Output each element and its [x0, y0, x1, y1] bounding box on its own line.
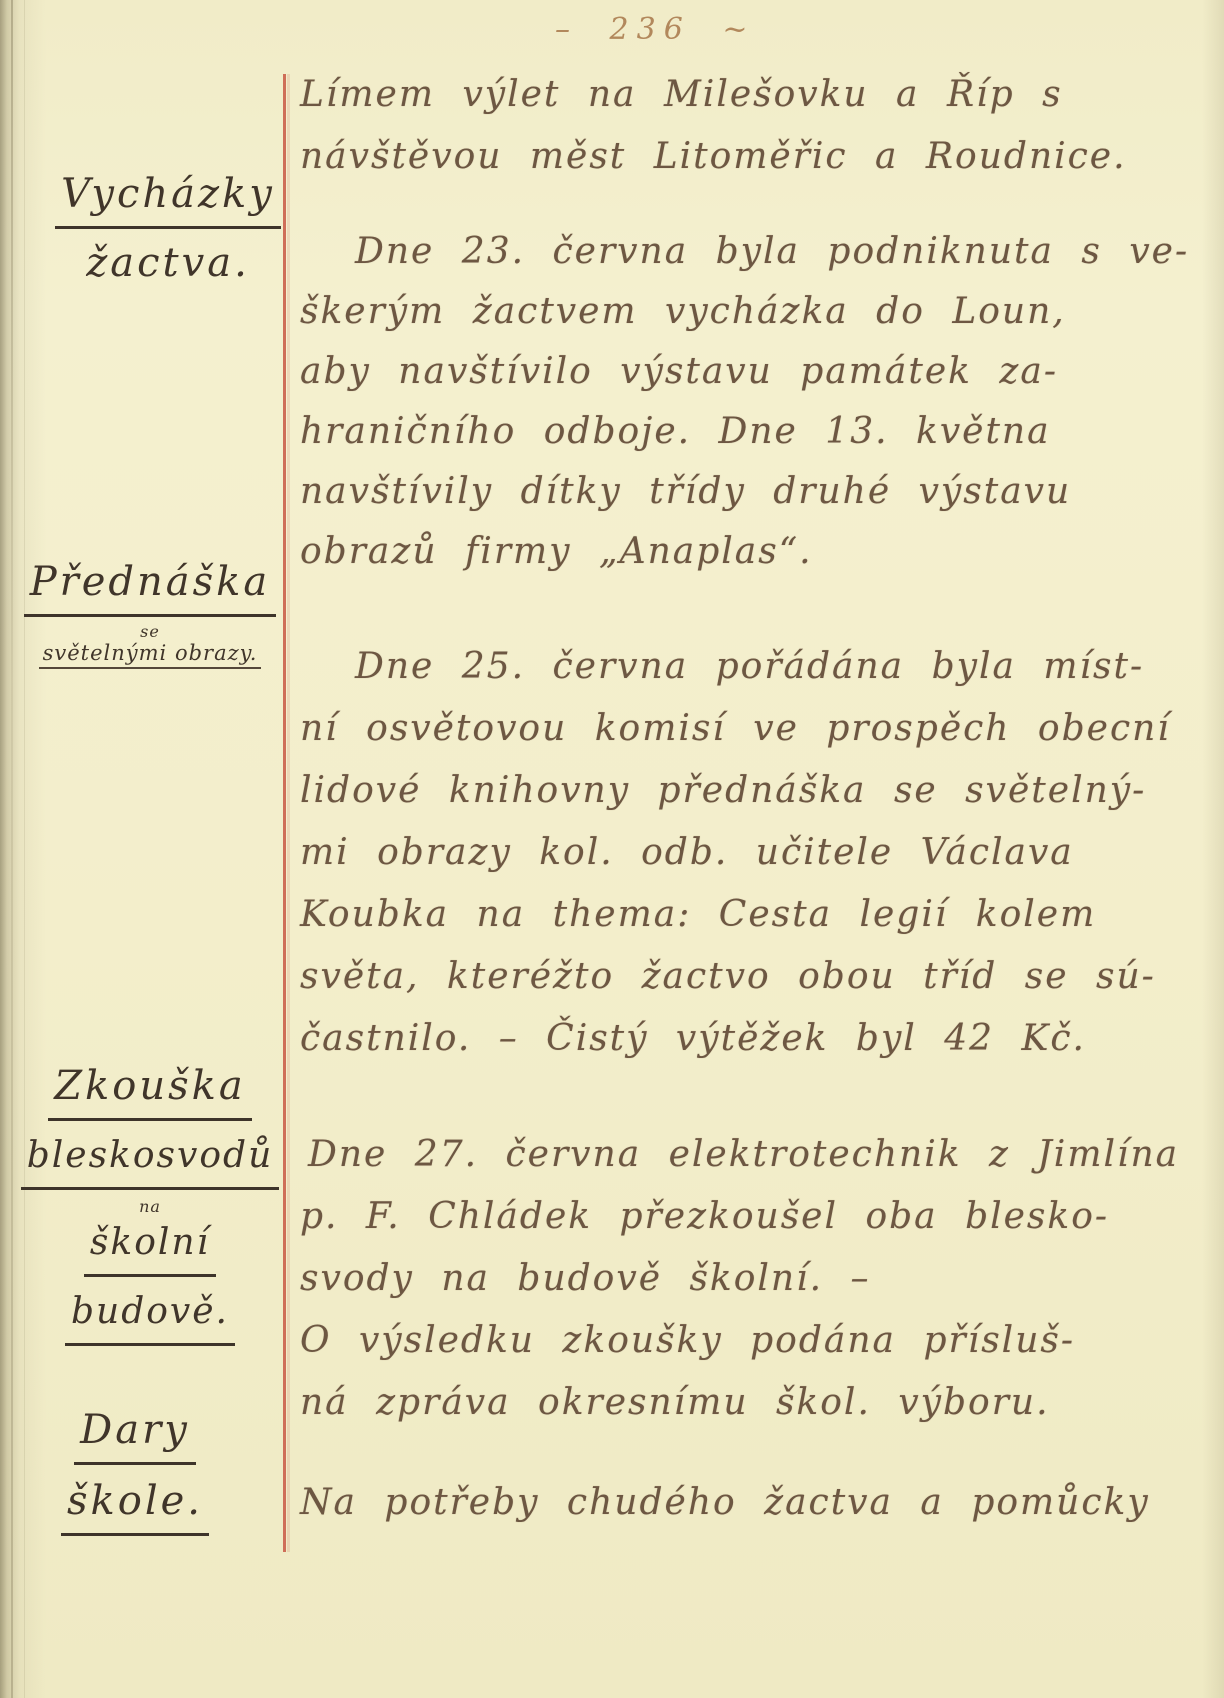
body-paragraph: Dne 25. června pořádána byla míst- ní os… [300, 636, 1180, 1070]
margin-note-line: Vycházky [55, 166, 281, 229]
margin-note-line: Přednáška [24, 554, 277, 617]
margin-note-line: škole. [61, 1473, 209, 1536]
body-line: p. F. Chládek přezkoušel oba blesko- [300, 1186, 1180, 1248]
body-line: Na potřeby chudého žactva a pomůcky [300, 1472, 1180, 1534]
margin-note-prednaska: Přednáška se světelnými obrazy. [18, 554, 282, 669]
body-line: světa, kteréžto žactvo obou tříd se sú- [300, 946, 1180, 1008]
body-line: Dne 23. června byla podniknuta s ve- [300, 222, 1180, 282]
body-line: obrazů firmy „Anaplas“. [300, 522, 1180, 582]
body-line: mi obrazy kol. odb. učitele Václava [300, 822, 1180, 884]
margin-note-line: světelnými obrazy. [39, 641, 262, 669]
body-line: Dne 27. června elektrotechnik z Jimlína [300, 1124, 1180, 1186]
margin-note-line: žactva. [86, 240, 250, 286]
body-paragraph: Dne 27. června elektrotechnik z Jimlína … [300, 1124, 1180, 1434]
paper-fold-line [11, 0, 13, 1698]
body-line: ná zpráva okresnímu škol. výboru. [300, 1372, 1180, 1434]
manuscript-page: – 236 ~ Vycházky žactva. Přednáška se sv… [0, 0, 1224, 1698]
body-line: návštěvou měst Litoměřic a Roudnice. [300, 126, 1180, 188]
margin-note-line: Dary [74, 1402, 196, 1465]
body-line: Límem výlet na Milešovku a Říp s [300, 64, 1180, 126]
body-line: lidové knihovny přednáška se světelný- [300, 760, 1180, 822]
body-line: O výsledku zkoušky podána přísluš- [300, 1310, 1180, 1372]
body-line: častnilo. – Čistý výtěžek byl 42 Kč. [300, 1008, 1180, 1070]
margin-note-line: na [139, 1197, 161, 1216]
margin-note-zkouska-bleskosvodu: Zkouška bleskosvodů na školní budově. [18, 1058, 282, 1346]
body-line: škerým žactvem vycházka do Loun, [300, 282, 1180, 342]
body-line: Koubka na thema: Cesta legií kolem [300, 884, 1180, 946]
margin-note-line: bleskosvodů [21, 1129, 280, 1190]
margin-note-dary-skole: Dary škole. [30, 1402, 240, 1536]
body-line: navštívily dítky třídy druhé výstavu [300, 462, 1180, 522]
margin-note-line: budově. [65, 1285, 235, 1346]
margin-note-vychazky-zactva: Vycházky žactva. [48, 166, 288, 291]
margin-note-line: školní [84, 1216, 216, 1277]
body-paragraph: Na potřeby chudého žactva a pomůcky [300, 1472, 1180, 1534]
red-margin-rule-line [283, 74, 286, 1552]
margin-note-line: se [140, 622, 160, 641]
body-line: ní osvětovou komisí ve prospěch obecní [300, 698, 1180, 760]
page-number: – 236 ~ [555, 12, 755, 47]
margin-note-line: Zkouška [48, 1058, 252, 1121]
body-paragraph: Límem výlet na Milešovku a Říp s návštěv… [300, 64, 1180, 188]
body-paragraph: Dne 23. června byla podniknuta s ve- ške… [300, 222, 1180, 582]
body-line: hraničního odboje. Dne 13. května [300, 402, 1180, 462]
body-line: Dne 25. června pořádána byla míst- [300, 636, 1180, 698]
body-line: svody na budově školní. – [300, 1248, 1180, 1310]
paper-fold-line-2 [24, 0, 25, 1698]
body-line: aby navštívilo výstavu památek za- [300, 342, 1180, 402]
